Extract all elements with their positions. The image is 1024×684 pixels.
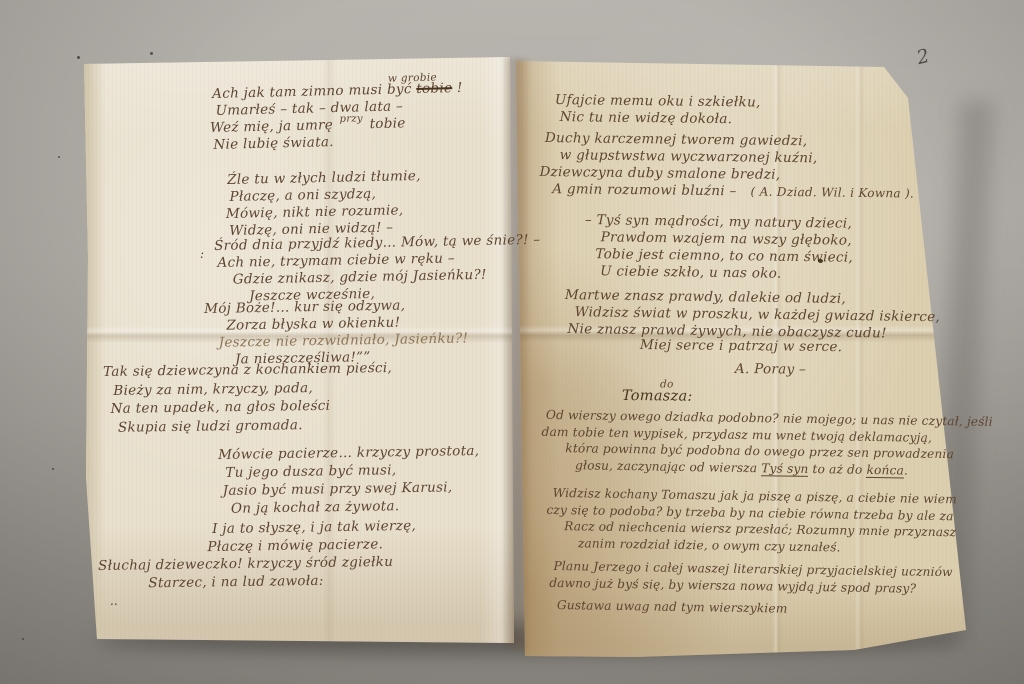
stanza-midnight: Śród dnia przyjdź kiedy… Mów, tą we śnie… xyxy=(214,232,542,306)
manuscript-line: A. Poray – xyxy=(735,361,806,379)
stanza-prayers: Mówcie pacierze… krzyczy prostota, Tu je… xyxy=(218,443,480,519)
stanza-dead-truths: Martwe znasz prawdy, dalekie od ludzi, W… xyxy=(564,287,940,343)
stanza-son-of-wisdom: – Tyś syn mądrości, my natury dzieci, Pr… xyxy=(584,212,854,284)
dust-speck xyxy=(52,468,54,470)
stanza-girl: Tak się dziewczyna z kochankiem pieści, … xyxy=(103,360,393,438)
inserted-word: przy xyxy=(339,113,363,125)
stanza-old-man: Słuchaj dzieweczko! krzyczy śród zgiełku… xyxy=(98,554,394,594)
ink-blot xyxy=(818,259,823,263)
underlined-word: Tyś syn xyxy=(761,461,808,477)
stanza-dawn: Mój Boże!… kur się odzywa, Zorza błyska … xyxy=(204,296,469,369)
line-text: głosu, zaczynając od wiersza xyxy=(575,458,757,475)
margin-mark: : xyxy=(200,247,204,261)
dust-speck xyxy=(58,156,60,158)
line-text: Weź mię, ja umrę xyxy=(210,117,333,136)
manuscript-line: Nic tu nie widzę dokoła. xyxy=(560,109,761,128)
manuscript-photograph: w grobie Ach jak tam zimno musi być tobi… xyxy=(0,0,1024,684)
manuscript-line: Skupia się ludzi gromada. xyxy=(118,415,393,437)
dust-speck xyxy=(22,638,24,640)
letter-heading: do Tomasza: xyxy=(622,388,693,406)
stanza-crowd: Źle tu w złych ludzi tłumie, Płaczę, a o… xyxy=(227,168,422,240)
underlined-word: końca xyxy=(866,462,904,478)
stanza-i-believe: I ja to słyszę, i ja tak wierzę, Płaczę … xyxy=(212,518,416,557)
manuscript-line: U ciebie szkło, u nas oko. xyxy=(600,263,853,284)
stanza-ghosts: Duchy karczemnej tworem gawiedzi, w głup… xyxy=(544,130,915,203)
manuscript-line: Tomasza: xyxy=(622,388,693,406)
dust-speck xyxy=(77,56,80,59)
struck-word: tobie xyxy=(416,80,452,97)
stanza-have-heart: Miej serce i patrzaj w serce. xyxy=(640,337,843,356)
manuscript-line: Miej serce i patrzaj w serce. xyxy=(640,337,843,356)
line-text: . xyxy=(904,463,908,477)
line-text: tobie xyxy=(369,115,405,132)
stanza-grave: w grobie Ach jak tam zimno musi być tobi… xyxy=(212,80,464,154)
line-text: to aż do xyxy=(812,462,862,477)
manuscript-line: Starzec, i na lud zawoła: xyxy=(148,572,393,593)
line-text: A gmin rozumowi bluźni – xyxy=(552,181,736,199)
stanza-eyeglass: Ufajcie memu oku i szkiełku, Nic tu nie … xyxy=(555,92,761,129)
line-text: ! xyxy=(457,80,463,96)
letter-body: Od wierszy owego dziadka podobno? nie mo… xyxy=(555,408,993,621)
dust-speck xyxy=(150,52,153,55)
center-fold xyxy=(501,58,531,650)
citation: ( A. Dziad. Wil. i Kowna ). xyxy=(750,185,914,201)
bottom-mark: .. xyxy=(110,594,118,608)
signature: A. Poray – xyxy=(735,361,806,379)
